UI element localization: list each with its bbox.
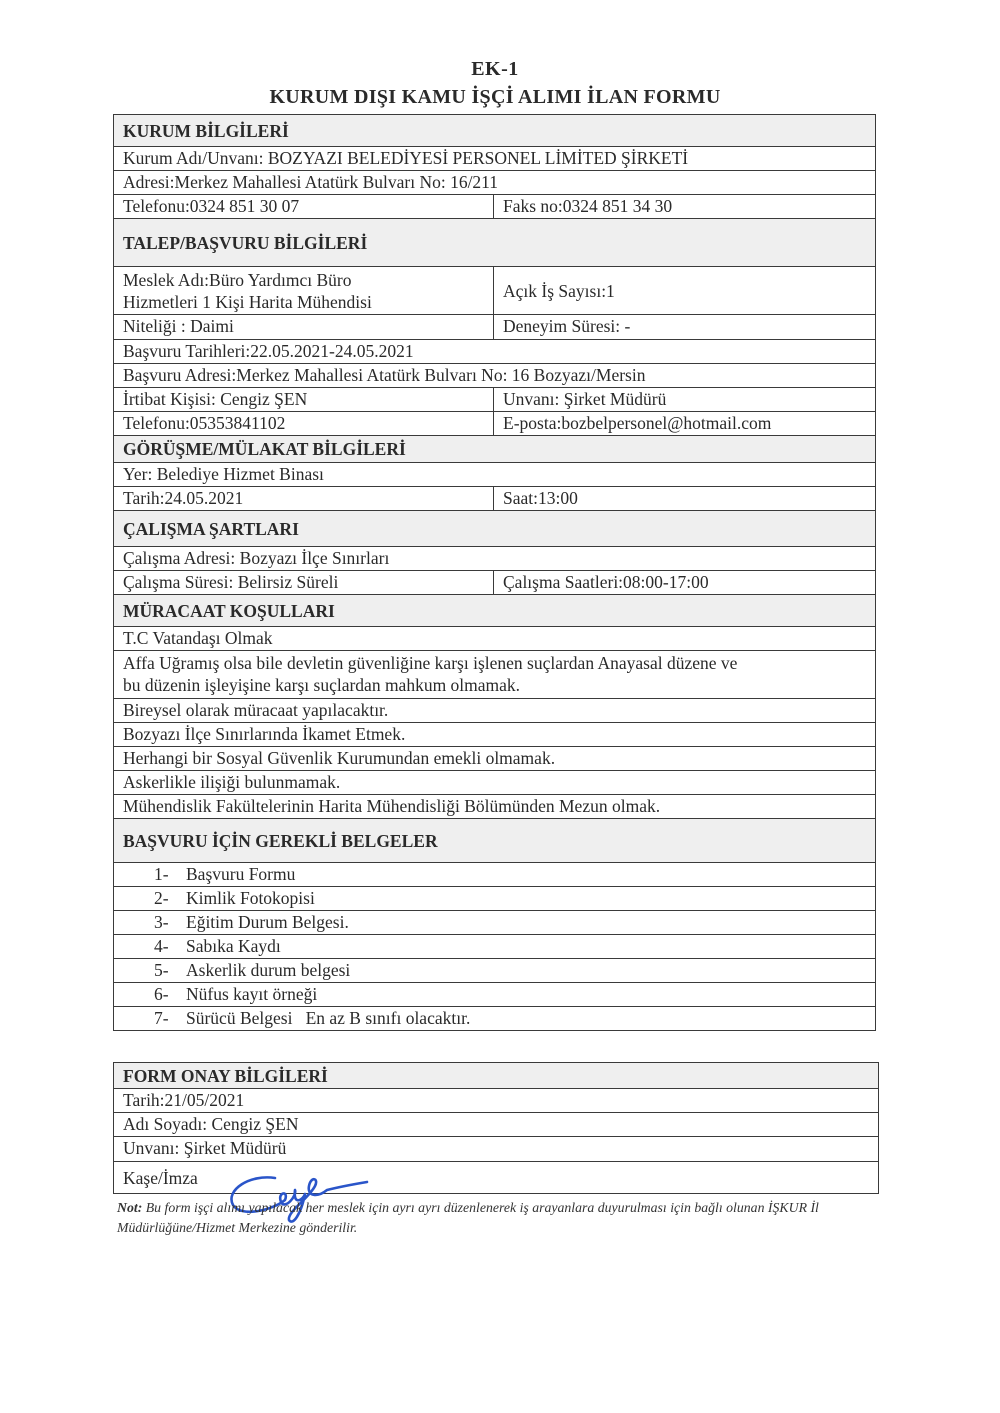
kurum-address: Adresi:Merkez Mahallesi Atatürk Bulvarı … <box>114 171 875 194</box>
section-title: BAŞVURU İÇİN GEREKLİ BELGELER <box>114 830 875 852</box>
application-dates: Başvuru Tarihleri:22.05.2021-24.05.2021 <box>114 340 875 363</box>
document-label: Sürücü Belgesi En az B sınıfı olacaktır. <box>186 1008 470 1028</box>
kurum-fax: Faks no:0324 851 34 30 <box>494 195 875 218</box>
section-talep-basvuru: TALEP/BAŞVURU BİLGİLERİ <box>114 219 875 267</box>
kurum-contact-row: Telefonu:0324 851 30 07 Faks no:0324 851… <box>114 195 875 219</box>
nature-row: Niteliği : Daimi Deneyim Süresi: - <box>114 315 875 340</box>
required-documents-list: 1-Başvuru Formu2-Kimlik Fotokopisi3-Eğit… <box>114 863 875 1031</box>
occupation-line-1: Meslek Adı:Büro Yardımcı Büro <box>123 269 493 291</box>
approval-name: Adı Soyadı: Cengiz ŞEN <box>114 1113 878 1136</box>
document-item: 5-Askerlik durum belgesi <box>114 959 875 983</box>
section-calisma-sartlari: ÇALIŞMA ŞARTLARI <box>114 511 875 547</box>
application-address-row: Başvuru Adresi:Merkez Mahallesi Atatürk … <box>114 364 875 388</box>
document-item: 4-Sabıka Kaydı <box>114 935 875 959</box>
section-gerekli-belgeler: BAŞVURU İÇİN GEREKLİ BELGELER <box>114 819 875 863</box>
document-item: 2-Kimlik Fotokopisi <box>114 887 875 911</box>
document-item: 6-Nüfus kayıt örneği <box>114 983 875 1007</box>
kurum-phone: Telefonu:0324 851 30 07 <box>114 195 494 218</box>
condition-row: Bozyazı İlçe Sınırlarında İkamet Etmek. <box>114 723 875 747</box>
condition-item: Askerlikle ilişiği bulunmamak. <box>114 771 875 794</box>
occupation-line-2: Hizmetleri 1 Kişi Harita Mühendisi <box>123 291 493 313</box>
occupation-row: Meslek Adı:Büro Yardımcı Büro Hizmetleri… <box>114 267 875 315</box>
form-table: KURUM BİLGİLERİ Kurum Adı/Unvanı: BOZYAZ… <box>113 114 876 1031</box>
condition-row: Bireysel olarak müracaat yapılacaktır. <box>114 699 875 723</box>
condition-row: Askerlikle ilişiği bulunmamak. <box>114 771 875 795</box>
kurum-name-row: Kurum Adı/Unvanı: BOZYAZI BELEDİYESİ PER… <box>114 147 875 171</box>
condition-item: Mühendislik Fakültelerinin Harita Mühend… <box>114 795 875 818</box>
condition-item: Bozyazı İlçe Sınırlarında İkamet Etmek. <box>114 723 875 746</box>
contact-row: İrtibat Kişisi: Cengiz ŞEN Unvanı: Şirke… <box>114 388 875 412</box>
condition-line: Affa Uğramış olsa bile devletin güvenliğ… <box>123 652 875 674</box>
work-address: Çalışma Adresi: Bozyazı İlçe Sınırları <box>114 547 875 570</box>
condition-row: Mühendislik Fakültelerinin Harita Mühend… <box>114 795 875 819</box>
document-number: 3- <box>154 911 186 933</box>
application-address: Başvuru Adresi:Merkez Mahallesi Atatürk … <box>114 364 875 387</box>
interview-place-row: Yer: Belediye Hizmet Binası <box>114 463 875 487</box>
contact-email: E-posta:bozbelpersonel@hotmail.com <box>494 412 875 435</box>
section-title: TALEP/BAŞVURU BİLGİLERİ <box>114 232 875 254</box>
approval-date-row: Tarih:21/05/2021 <box>114 1089 878 1113</box>
interview-time: Saat:13:00 <box>494 487 875 510</box>
work-address-row: Çalışma Adresi: Bozyazı İlçe Sınırları <box>114 547 875 571</box>
contact-phone: Telefonu:05353841102 <box>114 412 494 435</box>
work-terms-row: Çalışma Süresi: Belirsiz Süreli Çalışma … <box>114 571 875 595</box>
section-title: MÜRACAAT KOŞULLARI <box>114 600 875 622</box>
section-title: KURUM BİLGİLERİ <box>114 120 875 142</box>
approval-name-row: Adı Soyadı: Cengiz ŞEN <box>114 1113 878 1137</box>
document-number: 5- <box>154 959 186 981</box>
document-label: Eğitim Durum Belgesi. <box>186 912 349 932</box>
occupation-name: Meslek Adı:Büro Yardımcı Büro Hizmetleri… <box>114 267 494 314</box>
document-item: 1-Başvuru Formu <box>114 863 875 887</box>
open-positions: Açık İş Sayısı:1 <box>494 267 875 314</box>
form-page: EK-1 KURUM DIŞI KAMU İŞÇİ ALIMI İLAN FOR… <box>0 0 1000 1413</box>
document-number: 7- <box>154 1007 186 1029</box>
document-number: 4- <box>154 935 186 957</box>
document-number: 1- <box>154 863 186 885</box>
document-number: 2- <box>154 887 186 909</box>
interview-place: Yer: Belediye Hizmet Binası <box>114 463 875 486</box>
kurum-name: Kurum Adı/Unvanı: BOZYAZI BELEDİYESİ PER… <box>114 147 875 170</box>
approval-title-row: Unvanı: Şirket Müdürü <box>114 1137 878 1162</box>
condition-line: bu düzenin işleyişine karşı suçlardan ma… <box>123 674 875 696</box>
document-label: Kimlik Fotokopisi <box>186 888 315 908</box>
document-label: Nüfus kayıt örneği <box>186 984 317 1004</box>
section-gorusme: GÖRÜŞME/MÜLAKAT BİLGİLERİ <box>114 436 875 463</box>
contact-details-row: Telefonu:05353841102 E-posta:bozbelperso… <box>114 412 875 436</box>
footnote-label: Not: <box>117 1200 142 1215</box>
kurum-address-row: Adresi:Merkez Mahallesi Atatürk Bulvarı … <box>114 171 875 195</box>
footnote: Not: Bu form işçi alımı yapılacak her me… <box>117 1198 887 1238</box>
approval-date: Tarih:21/05/2021 <box>114 1089 878 1112</box>
work-hours: Çalışma Saatleri:08:00-17:00 <box>494 571 875 594</box>
section-title: GÖRÜŞME/MÜLAKAT BİLGİLERİ <box>114 438 875 460</box>
contact-title: Unvanı: Şirket Müdürü <box>494 388 875 411</box>
position-nature: Niteliği : Daimi <box>114 315 494 339</box>
condition-row: Herhangi bir Sosyal Güvenlik Kurumundan … <box>114 747 875 771</box>
work-duration: Çalışma Süresi: Belirsiz Süreli <box>114 571 494 594</box>
experience-duration: Deneyim Süresi: - <box>494 315 875 339</box>
interview-date: Tarih:24.05.2021 <box>114 487 494 510</box>
condition-row: T.C Vatandaşı Olmak <box>114 627 875 651</box>
page-title: KURUM DIŞI KAMU İŞÇİ ALIMI İLAN FORMU <box>0 86 990 109</box>
interview-datetime-row: Tarih:24.05.2021 Saat:13:00 <box>114 487 875 511</box>
condition-item: Bireysel olarak müracaat yapılacaktır. <box>114 699 875 722</box>
section-title: FORM ONAY BİLGİLERİ <box>114 1065 878 1087</box>
document-label: Askerlik durum belgesi <box>186 960 350 980</box>
section-muracaat-kosullari: MÜRACAAT KOŞULLARI <box>114 595 875 627</box>
document-number: 6- <box>154 983 186 1005</box>
condition-item: T.C Vatandaşı Olmak <box>114 627 875 650</box>
annex-label: EK-1 <box>0 58 990 81</box>
document-label: Sabıka Kaydı <box>186 936 281 956</box>
condition-row: Affa Uğramış olsa bile devletin güvenliğ… <box>114 651 875 699</box>
section-title: ÇALIŞMA ŞARTLARI <box>114 518 875 540</box>
footnote-text: Bu form işçi alımı yapılacak her meslek … <box>117 1200 819 1235</box>
document-item: 3-Eğitim Durum Belgesi. <box>114 911 875 935</box>
approval-title: Unvanı: Şirket Müdürü <box>114 1137 878 1161</box>
section-kurum-bilgileri: KURUM BİLGİLERİ <box>114 115 875 147</box>
document-item: 7-Sürücü Belgesi En az B sınıfı olacaktı… <box>114 1007 875 1031</box>
section-form-onay: FORM ONAY BİLGİLERİ <box>114 1063 878 1089</box>
condition-item: Affa Uğramış olsa bile devletin güvenliğ… <box>114 651 875 698</box>
document-label: Başvuru Formu <box>186 864 295 884</box>
contact-person: İrtibat Kişisi: Cengiz ŞEN <box>114 388 494 411</box>
application-dates-row: Başvuru Tarihleri:22.05.2021-24.05.2021 <box>114 340 875 364</box>
condition-item: Herhangi bir Sosyal Güvenlik Kurumundan … <box>114 747 875 770</box>
